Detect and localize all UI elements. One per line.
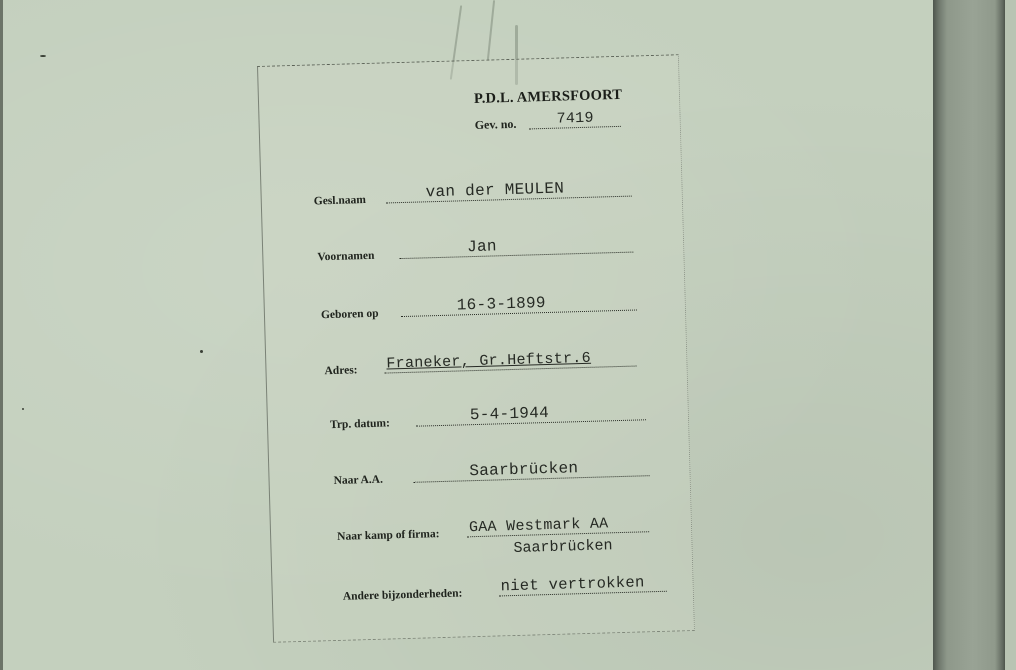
field-label: Trp. datum: [330,417,390,431]
field-value: Jan [467,237,497,256]
field-value: Franeker, Gr.Heftstr.6 [386,350,591,373]
field-value: Saarbrücken [469,459,578,480]
field-value: 7419 [556,110,594,128]
field-label: Andere bijzonderheden: [343,587,463,602]
field-value: 16-3-1899 [457,294,547,314]
speck [40,55,46,57]
field-gev-no: Gev. no. 7419 [474,106,635,134]
field-value: van der MEULEN [425,179,564,201]
field-label: Gesl.naam [314,194,366,207]
field-label: Gev. no. [475,117,517,133]
field-value: 5-4-1944 [470,404,550,424]
speck [22,408,24,410]
field-line [399,252,633,260]
field-label: Naar A.A. [333,474,383,487]
field-trp-datum: Trp. datum: 5-4-1944 [330,400,661,433]
field-geslnaam: Gesl.naam van der MEULEN [313,176,644,209]
binder-strip [933,0,1005,670]
field-value-line2: Saarbrücken [513,537,612,557]
prisoner-record-card: P.D.L. AMERSFOORT Gev. no. 7419 Gesl.naa… [257,54,695,643]
field-andere-bijzonderheden: Andere bijzonderheden: niet vertrokken [342,571,683,604]
field-adres: Adres: Franeker, Gr.Heftstr.6 [324,346,655,379]
field-label: Voornamen [317,250,374,264]
left-page-edge [0,0,3,670]
field-label: Naar kamp of firma: [337,528,440,543]
right-page-edge [1005,0,1016,670]
speck [200,350,203,353]
field-label: Adres: [324,364,357,377]
field-voornamen: Voornamen Jan [317,232,648,265]
field-geboren-op: Geboren op 16-3-1899 [321,290,652,323]
field-naar-aa: Naar A.A. Saarbrücken [333,456,664,489]
field-label: Geboren op [321,308,379,322]
card-heading: P.D.L. AMERSFOORT [474,87,623,108]
field-naar-kamp: Naar kamp of firma: GAA Westmark AA Saar… [337,512,668,545]
